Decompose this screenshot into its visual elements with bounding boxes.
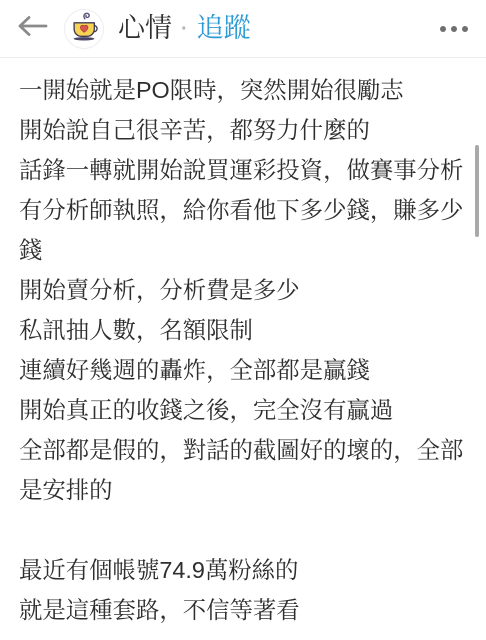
post-paragraph: 開始說自己很辛苦，都努力什麼的 — [19, 110, 467, 150]
title-separator-dot: · — [181, 19, 188, 39]
post-paragraph: 一開始就是PO限時，突然開始很勵志 — [19, 70, 467, 110]
post-paragraph: 開始真正的收錢之後，完全沒有贏過 — [19, 390, 467, 430]
post-content: 一開始就是PO限時，突然開始很勵志開始說自己很辛苦，都努力什麼的話鋒一轉就開始說… — [0, 58, 486, 630]
board-avatar[interactable] — [64, 9, 104, 49]
post-paragraph: 私訊抽人數，名額限制 — [19, 310, 467, 350]
post-paragraph: 連續好幾週的轟炸，全部都是贏錢 — [19, 350, 467, 390]
post-paragraph-blank — [19, 510, 467, 550]
follow-button[interactable]: 追蹤 — [197, 15, 251, 42]
back-button[interactable] — [13, 10, 51, 48]
post-paragraph: 話鋒一轉就開始說買運彩投資，做賽事分析 — [19, 150, 467, 190]
more-horizontal-icon — [440, 26, 468, 32]
scrollbar-thumb[interactable] — [475, 145, 479, 237]
post-paragraph: 最近有個帳號74.9萬粉絲的 — [19, 550, 467, 590]
post-paragraph: 開始賣分析，分析費是多少 — [19, 270, 467, 310]
back-arrow-icon — [17, 15, 48, 42]
more-options-button[interactable] — [438, 20, 470, 38]
teacup-heart-icon — [66, 8, 102, 49]
post-header: 心情 · 追蹤 — [0, 0, 486, 58]
post-paragraph: 有分析師執照，給你看他下多少錢，賺多少錢 — [19, 190, 467, 270]
post-paragraph: 就是這種套路，不信等著看 — [19, 590, 467, 630]
post-paragraph: 全部都是假的，對話的截圖好的壞的，全部是安排的 — [19, 430, 467, 510]
board-title[interactable]: 心情 — [118, 15, 172, 42]
